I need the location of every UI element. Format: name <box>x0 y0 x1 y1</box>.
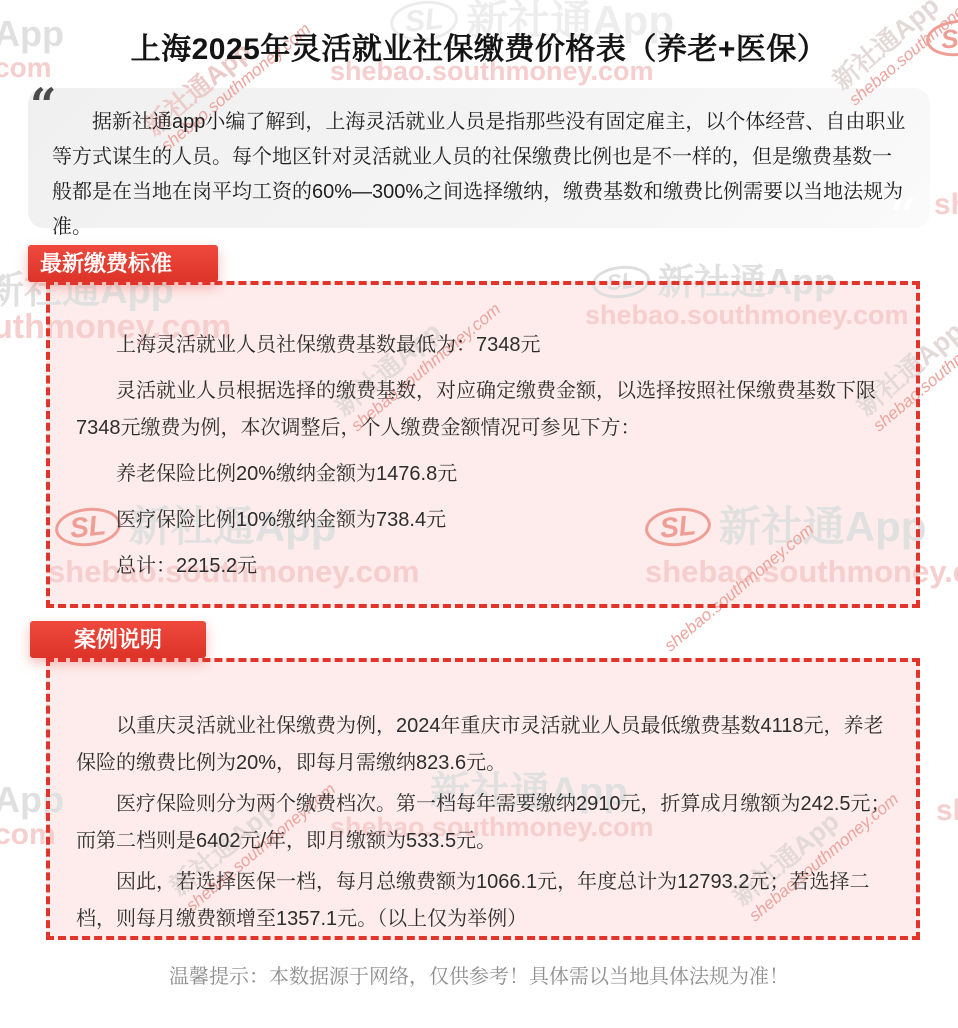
section-heading-case-notes: 案例说明 <box>30 621 206 658</box>
paragraph-case-total: 因此，若选择医保一档，每月总缴费额为1066.1元，年度总计为12793.2元；… <box>76 864 892 938</box>
paragraph-total-amount: 总计：2215.2元 <box>76 548 892 585</box>
section-heading-latest-standard: 最新缴费标准 <box>28 245 218 282</box>
page-title: 上海2025年灵活就业社保缴费价格表（养老+医保） <box>0 24 958 68</box>
case-notes-panel: 以重庆灵活就业社保缴费为例，2024年重庆市灵活就业人员最低缴费基数4118元，… <box>46 658 920 940</box>
paragraph-case-medical: 医疗保险则分为两个缴费档次。第一档每年需要缴纳2910元，折算成月缴额为242.… <box>76 786 892 860</box>
paragraph-medical-amount: 医疗保险比例10%缴纳金额为738.4元 <box>76 502 892 539</box>
latest-standard-panel: 上海灵活就业人员社保缴费基数最低为：7348元 灵活就业人员根据选择的缴费基数，… <box>46 281 920 608</box>
watermark-sh-fragment: sh <box>934 190 958 220</box>
footer-disclaimer: 温馨提示：本数据源于网络，仅供参考！具体需以当地具体法规为准！ <box>0 960 958 989</box>
watermark-sh-fragment: sh <box>936 796 958 826</box>
paragraph-case-pension: 以重庆灵活就业社保缴费为例，2024年重庆市灵活就业人员最低缴费基数4118元，… <box>76 708 892 782</box>
intro-paragraph: 据新社通app小编了解到，上海灵活就业人员是指那些没有固定雇主，以个体经营、自由… <box>28 88 930 245</box>
close-quote-icon: “ <box>890 192 916 238</box>
paragraph-base-explain: 灵活就业人员根据选择的缴费基数，对应确定缴费金额，以选择按照社保缴费基数下限73… <box>76 373 892 447</box>
paragraph-pension-amount: 养老保险比例20%缴纳金额为1476.8元 <box>76 456 892 493</box>
paragraph-min-base: 上海灵活就业人员社保缴费基数最低为：7348元 <box>76 327 892 364</box>
article-page: App com 新社通App shebao.southmoney.com SL … <box>0 0 958 1028</box>
